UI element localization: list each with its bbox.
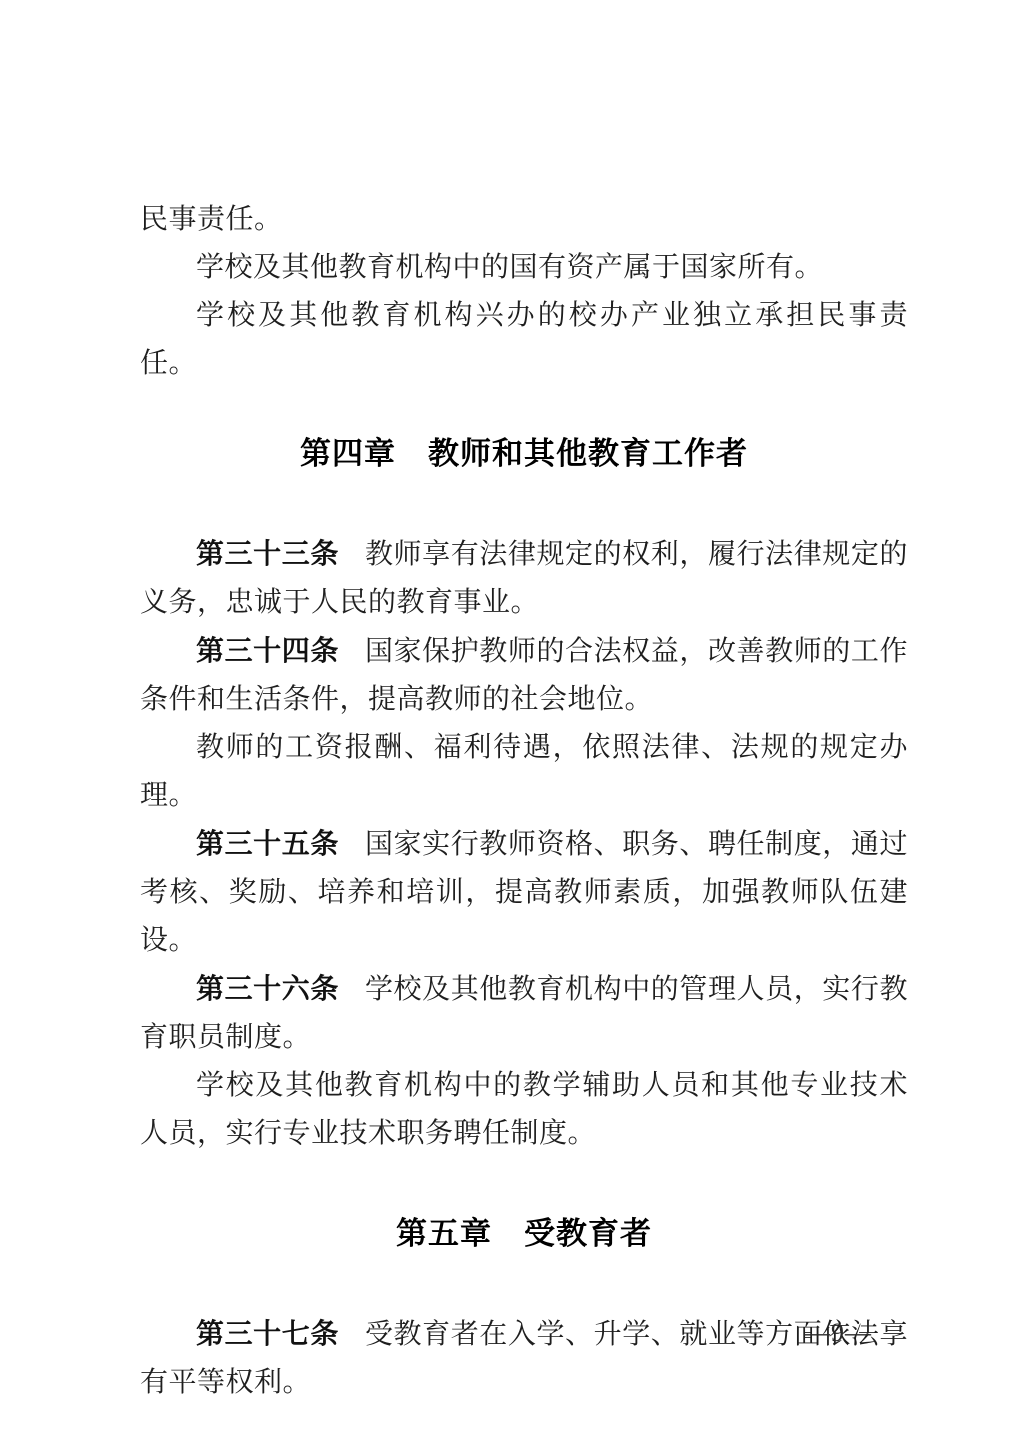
page-number: —9— bbox=[804, 1318, 872, 1348]
article-34: 第三十四条国家保护教师的合法权益，改善教师的工作条件和生活条件，提高教师的社会地… bbox=[140, 627, 908, 724]
article-36-number: 第三十六条 bbox=[196, 973, 339, 1004]
article-35: 第三十五条国家实行教师资格、职务、聘任制度，通过考核、奖励、培养和培训，提高教师… bbox=[140, 820, 908, 965]
article-37-number: 第三十七条 bbox=[196, 1318, 339, 1349]
article-36: 第三十六条学校及其他教育机构中的管理人员，实行教育职员制度。 bbox=[140, 965, 908, 1062]
paragraph-school-industry: 学校及其他教育机构兴办的校办产业独立承担民事责任。 bbox=[140, 292, 908, 388]
paragraph-continuation: 民事责任。 bbox=[140, 196, 908, 244]
chapter-4-heading: 第四章 教师和其他教育工作者 bbox=[140, 434, 908, 474]
document-page: 民事责任。 学校及其他教育机构中的国有资产属于国家所有。 学校及其他教育机构兴办… bbox=[0, 0, 1024, 1450]
article-34-paragraph-2: 教师的工资报酬、福利待遇，依照法律、法规的规定办理。 bbox=[140, 724, 908, 820]
paragraph-state-assets: 学校及其他教育机构中的国有资产属于国家所有。 bbox=[140, 244, 908, 292]
document-body: 民事责任。 学校及其他教育机构中的国有资产属于国家所有。 学校及其他教育机构兴办… bbox=[140, 196, 908, 1407]
article-33-number: 第三十三条 bbox=[196, 538, 339, 569]
chapter-5-heading: 第五章 受教育者 bbox=[140, 1214, 908, 1254]
article-36-paragraph-2: 学校及其他教育机构中的教学辅助人员和其他专业技术人员，实行专业技术职务聘任制度。 bbox=[140, 1062, 908, 1158]
article-33: 第三十三条教师享有法律规定的权利，履行法律规定的义务，忠诚于人民的教育事业。 bbox=[140, 530, 908, 627]
article-35-number: 第三十五条 bbox=[196, 828, 339, 859]
article-37: 第三十七条受教育者在入学、升学、就业等方面依法享有平等权利。 bbox=[140, 1310, 908, 1407]
article-34-number: 第三十四条 bbox=[196, 635, 339, 666]
